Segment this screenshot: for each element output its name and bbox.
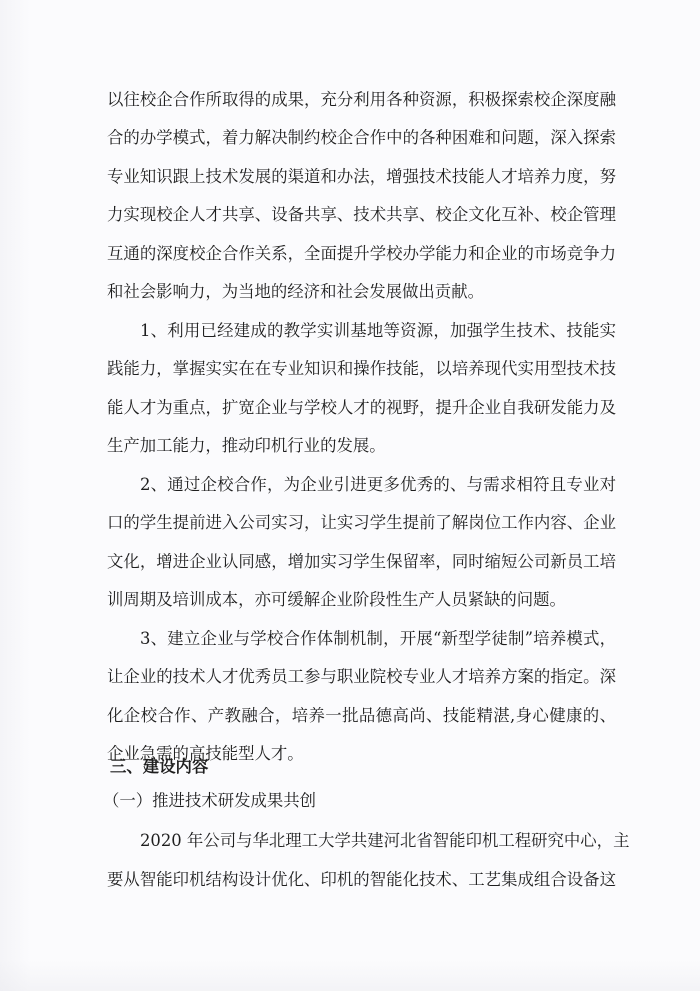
text-line: 3、建立企业与学校合作体制机制，开展“新型学徒制”培养模式， [140,628,616,650]
text-line: 1、利用已经建成的教学实训基地等资源，加强学生技术、技能实 [140,320,616,342]
text-line: 化企校合作、产教融合，培养一批品德高尚、技能精湛,身心健康的、 [107,705,616,727]
text-line: 训周期及培训成本，亦可缓解企业阶段性生产人员紧缺的问题。 [107,589,616,611]
text-line: 文化，增进企业认同感，增加实习学生保留率，同时缩短公司新员工培 [107,551,616,573]
text-line: 力实现校企人才共享、设备共享、技术共享、校企文化互补、校企管理 [107,204,616,226]
text-line: 生产加工能力，推动印机行业的发展。 [107,435,616,457]
text-line: 让企业的技术人才优秀员工参与职业院校专业人才培养方案的指定。深 [107,666,616,688]
text-line: 专业知识跟上技术发展的渠道和办法，增强技术技能人才培养力度，努 [107,166,616,188]
text-line: 践能力，掌握实实在在专业知识和操作技能，以培养现代实用型技术技 [107,358,616,380]
text-line: 2、通过企校合作，为企业引进更多优秀的、与需求相符且专业对 [140,474,616,496]
text-line: 以往校企合作所取得的成果，充分利用各种资源，积极探索校企深度融 [107,89,616,111]
subsection-heading: （一）推进技术研发成果共创 [103,790,612,812]
text-line: 和社会影响力，为当地的经济和社会发展做出贡献。 [107,281,616,303]
text-line: 口的学生提前进入公司实习，让实习学生提前了解岗位工作内容、企业 [107,512,616,534]
document-page: 以往校企合作所取得的成果，充分利用各种资源，积极探索校企深度融 合的办学模式，着… [0,0,700,991]
text-line: 合的办学模式，着力解决制约校企合作中的各种困难和问题，深入探索 [107,127,616,149]
text-line: 互通的深度校企合作关系，全面提升学校办学能力和企业的市场竞争力 [107,243,616,265]
section-heading: 三、建设内容 [110,756,619,778]
text-line: 2020 年公司与华北理工大学共建河北省智能印机工程研究中心，主 [140,830,616,852]
text-line: 要从智能印机结构设计优化、印机的智能化技术、工艺集成组合设备这 [107,869,616,891]
text-line: 能人才为重点，扩宽企业与学校人才的视野，提升企业自我研发能力及 [107,397,616,419]
